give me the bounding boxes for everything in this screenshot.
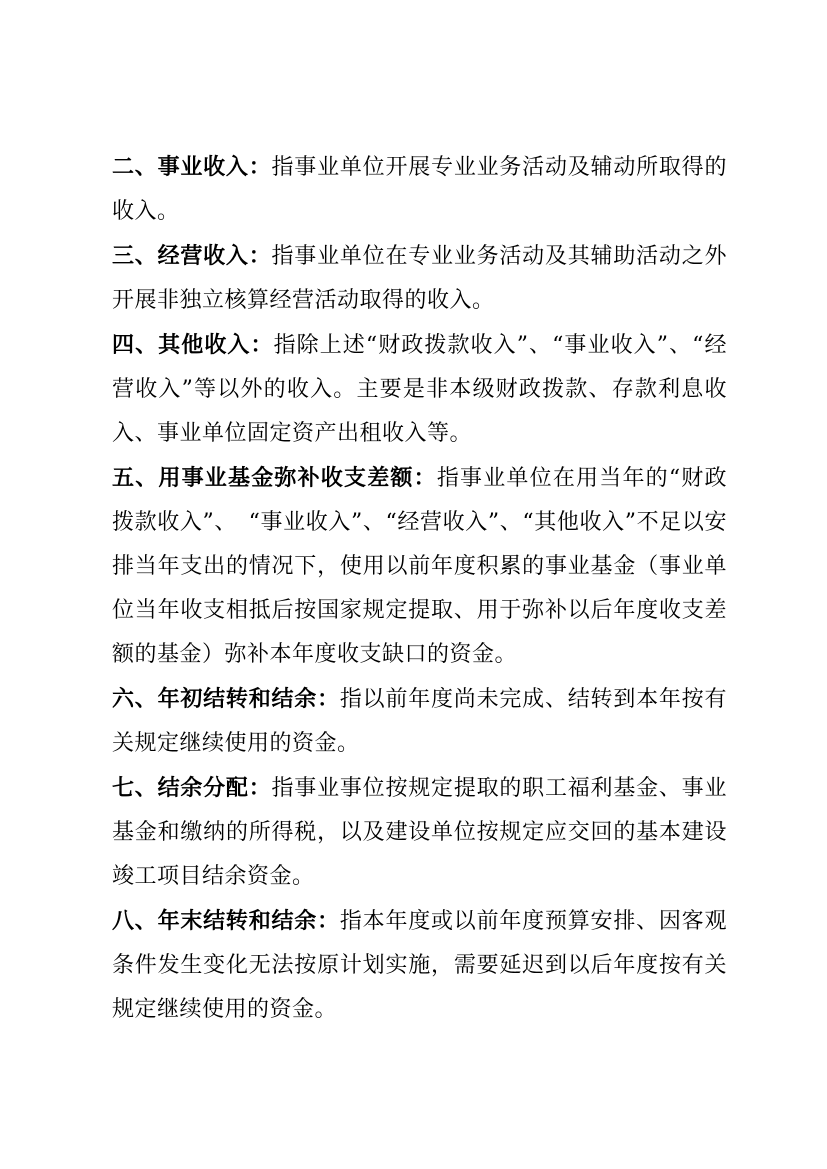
definition-paragraph: 七、结余分配：指事业事位按规定提取的职工福利基金、事业基金和缴纳的所得税，以及建… <box>112 766 727 899</box>
definition-term: 二、事业收入： <box>112 154 272 180</box>
definition-paragraph: 三、经营收入：指事业单位在专业业务活动及其辅助活动之外开展非独立核算经营活动取得… <box>112 234 727 323</box>
definition-term: 三、经营收入： <box>112 243 272 269</box>
definition-paragraph: 六、年初结转和结余：指以前年度尚未完成、结转到本年按有关规定继续使用的资金。 <box>112 677 727 766</box>
document-body: 二、事业收入：指事业单位开展专业业务活动及辅动所取得的收入。 三、经营收入：指事… <box>112 145 727 1032</box>
definition-term: 八、年末结转和结余： <box>112 908 340 934</box>
definition-term: 六、年初结转和结余： <box>112 686 340 712</box>
definition-term: 七、结余分配： <box>112 775 272 801</box>
definition-text: 指事业单位在用当年的“财政拨款收入”、 “事业收入”、“经营收入”、“其他收入”… <box>112 466 727 667</box>
definition-term: 四、其他收入： <box>112 332 274 358</box>
definition-paragraph: 四、其他收入：指除上述“财政拨款收入”、“事业收入”、“经营收入”等以外的收入。… <box>112 323 727 456</box>
definition-paragraph: 八、年末结转和结余：指本年度或以前年度预算安排、因客观条件发生变化无法按原计划实… <box>112 899 727 1032</box>
definition-paragraph: 二、事业收入：指事业单位开展专业业务活动及辅动所取得的收入。 <box>112 145 727 234</box>
definition-paragraph: 五、用事业基金弥补收支差额：指事业单位在用当年的“财政拨款收入”、 “事业收入”… <box>112 456 727 677</box>
definition-term: 五、用事业基金弥补收支差额： <box>112 465 437 491</box>
document-page: 二、事业收入：指事业单位开展专业业务活动及辅动所取得的收入。 三、经营收入：指事… <box>0 0 827 1169</box>
